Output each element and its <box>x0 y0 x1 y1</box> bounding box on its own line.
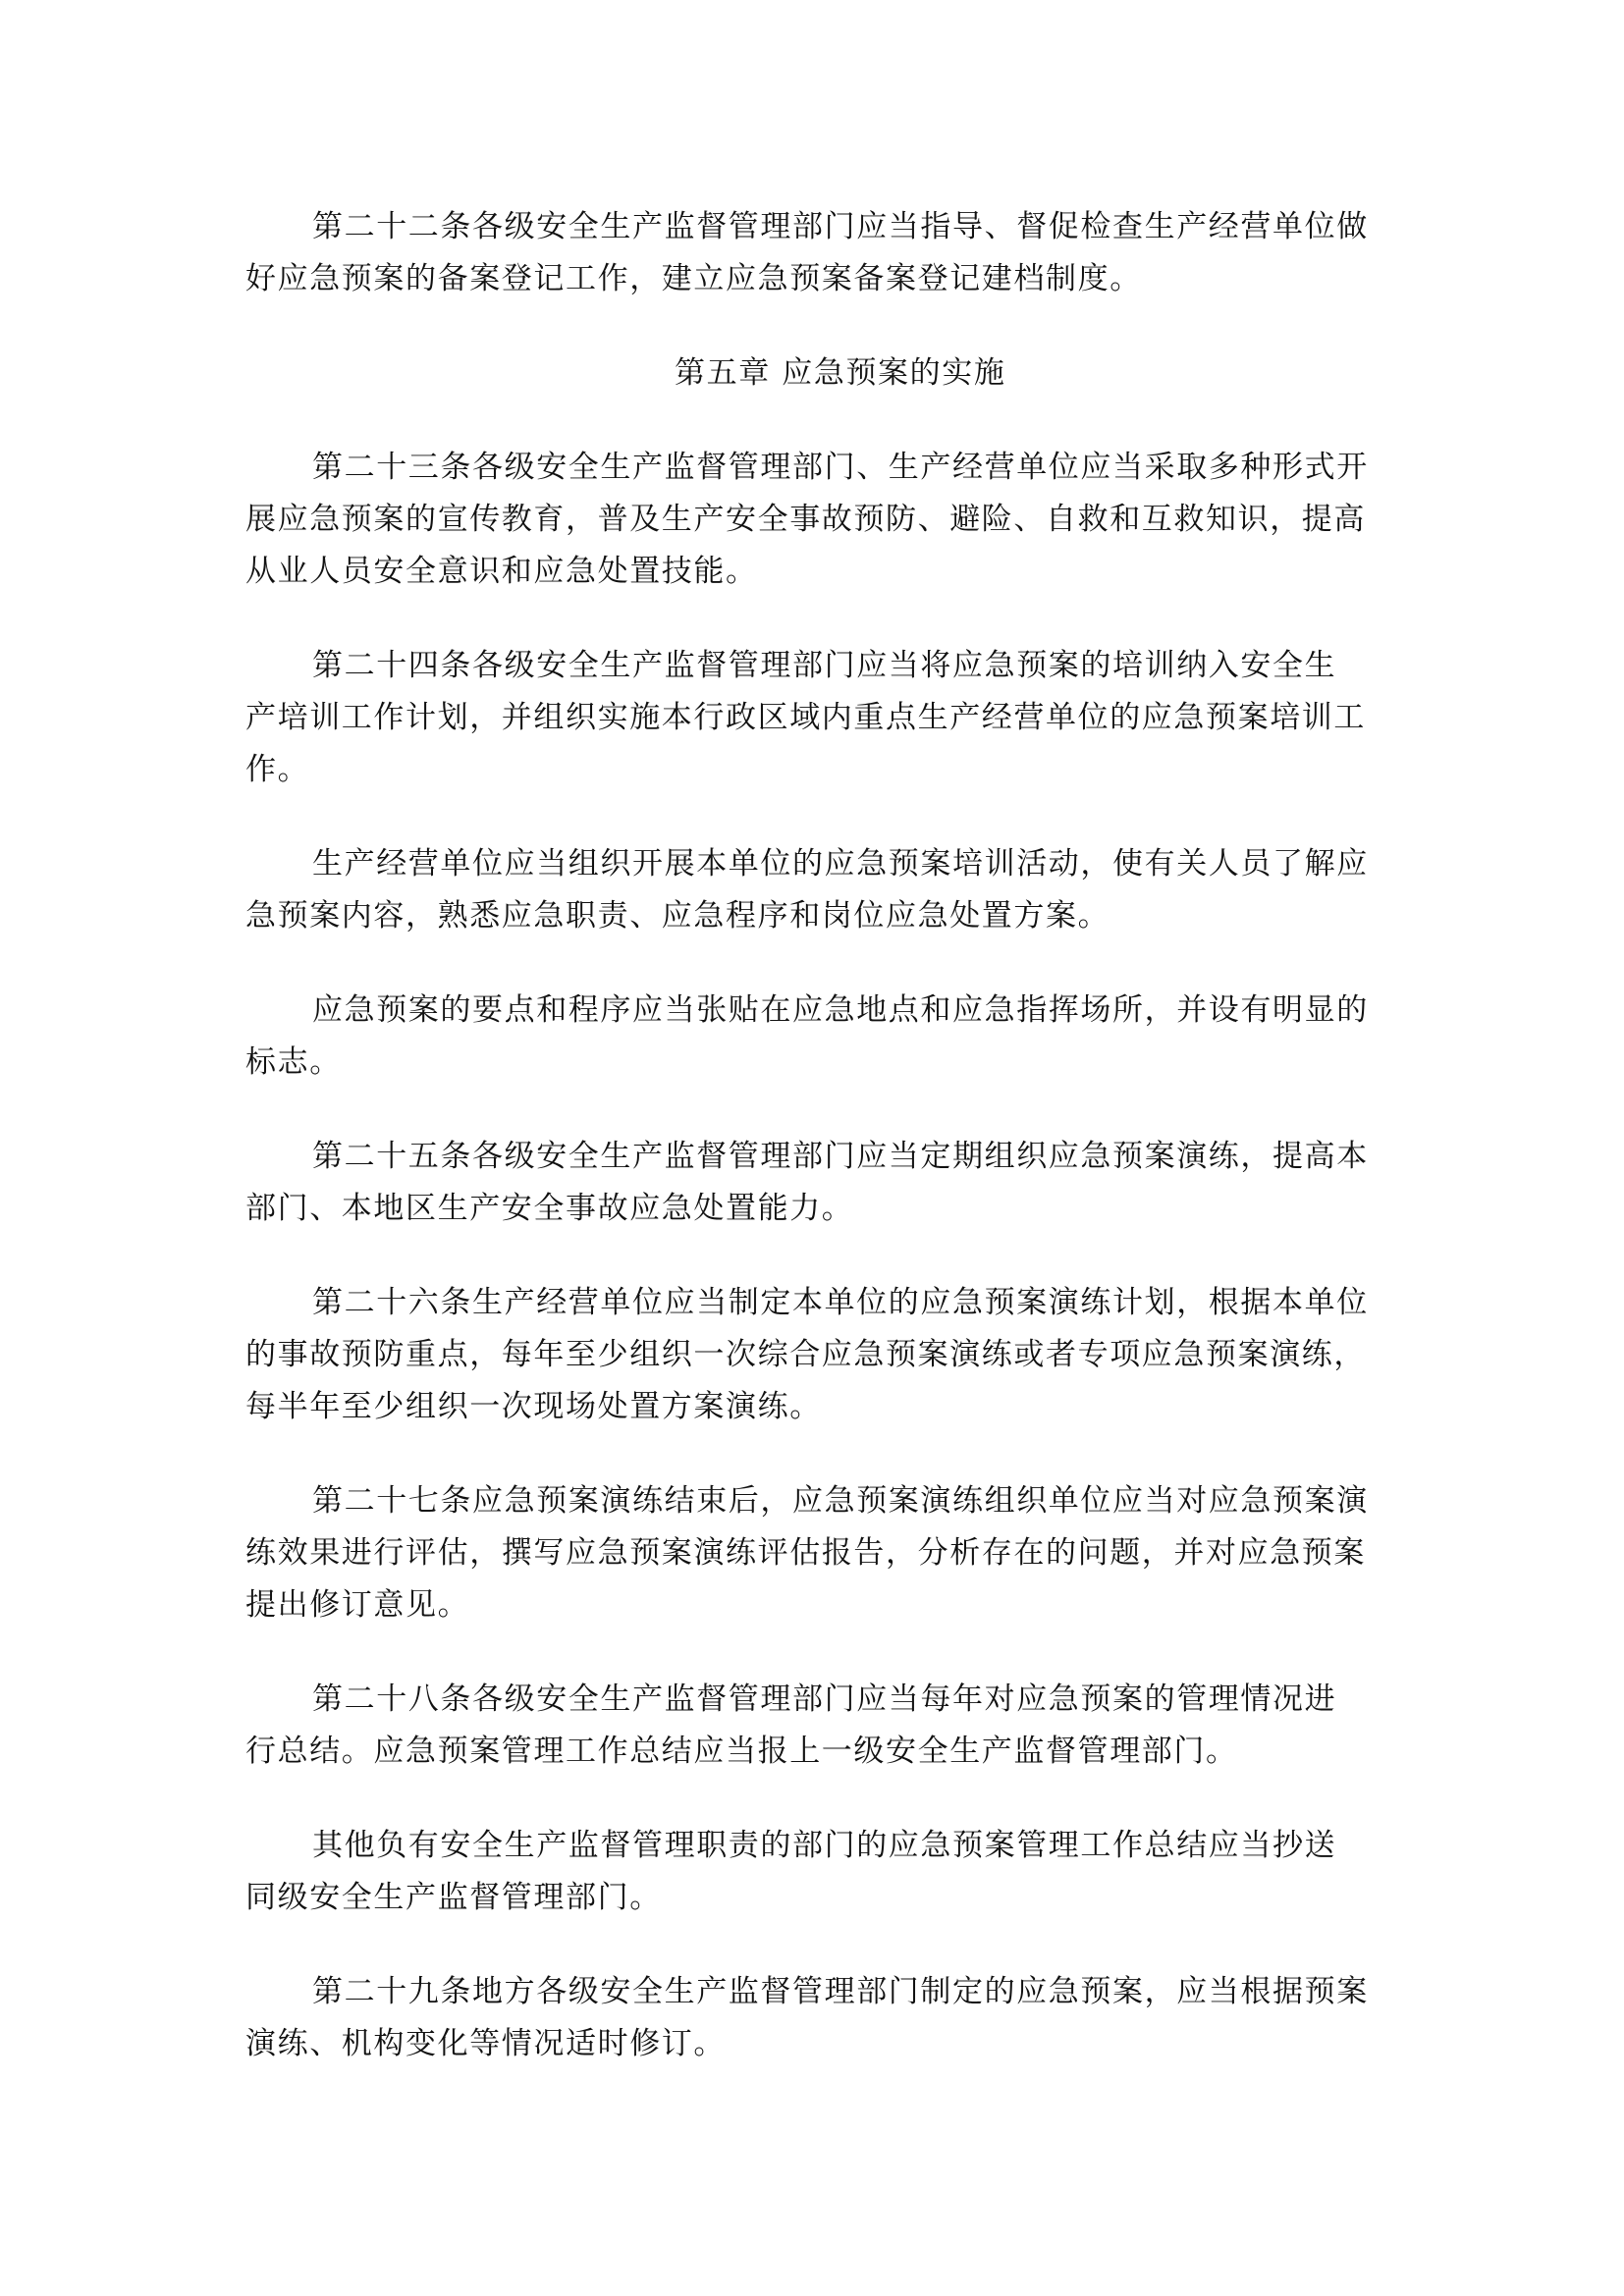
paragraph-line: 第二十九条地方各级安全生产监督管理部门制定的应急预案，应当根据预案 <box>245 1966 1384 2018</box>
paragraph-line: 第二十八条各级安全生产监督管理部门应当每年对应急预案的管理情况进 <box>245 1674 1384 1726</box>
paragraph-line: 部门、本地区生产安全事故应急处置能力。 <box>245 1183 1384 1235</box>
paragraph-line: 好应急预案的备案登记工作，建立应急预案备案登记建档制度。 <box>245 253 1384 305</box>
paragraph-line: 第二十五条各级安全生产监督管理部门应当定期组织应急预案演练，提高本 <box>245 1131 1384 1183</box>
paragraph-line: 第二十三条各级安全生产监督管理部门、生产经营单位应当采取多种形式开 <box>245 442 1384 494</box>
paragraph-line: 第二十六条生产经营单位应当制定本单位的应急预案演练计划，根据本单位 <box>245 1277 1384 1329</box>
paragraph-line: 第二十七条应急预案演练结束后，应急预案演练组织单位应当对应急预案演 <box>245 1475 1384 1527</box>
paragraph-line: 作。 <box>245 744 1384 796</box>
article-27: 第二十七条应急预案演练结束后，应急预案演练组织单位应当对应急预案演 练效果进行评… <box>245 1475 1384 1631</box>
paragraph-line: 每半年至少组织一次现场处置方案演练。 <box>245 1381 1384 1433</box>
paragraph-line: 生产经营单位应当组织开展本单位的应急预案培训活动，使有关人员了解应 <box>245 838 1384 890</box>
paragraph-line: 第二十二条各级安全生产监督管理部门应当指导、督促检查生产经营单位做 <box>245 201 1384 253</box>
paragraph-line: 标志。 <box>245 1037 1384 1089</box>
paragraph-line: 产培训工作计划，并组织实施本行政区域内重点生产经营单位的应急预案培训工 <box>245 692 1384 744</box>
paragraph-line: 从业人员安全意识和应急处置技能。 <box>245 546 1384 598</box>
article-24: 第二十四条各级安全生产监督管理部门应当将应急预案的培训纳入安全生 产培训工作计划… <box>245 640 1384 796</box>
chapter-heading: 第五章 应急预案的实施 <box>245 347 1384 400</box>
article-24-paragraph-2: 生产经营单位应当组织开展本单位的应急预案培训活动，使有关人员了解应 急预案内容，… <box>245 838 1384 942</box>
article-29: 第二十九条地方各级安全生产监督管理部门制定的应急预案，应当根据预案 演练、机构变… <box>245 1966 1384 2070</box>
article-25: 第二十五条各级安全生产监督管理部门应当定期组织应急预案演练，提高本 部门、本地区… <box>245 1131 1384 1235</box>
paragraph-line: 提出修订意见。 <box>245 1579 1384 1631</box>
article-28: 第二十八条各级安全生产监督管理部门应当每年对应急预案的管理情况进 行总结。应急预… <box>245 1674 1384 1778</box>
paragraph-line: 展应急预案的宣传教育，普及生产安全事故预防、避险、自救和互救知识，提高 <box>245 494 1384 546</box>
paragraph-line: 练效果进行评估，撰写应急预案演练评估报告，分析存在的问题，并对应急预案 <box>245 1527 1384 1579</box>
paragraph-line: 第二十四条各级安全生产监督管理部门应当将应急预案的培训纳入安全生 <box>245 640 1384 692</box>
paragraph-line: 其他负有安全生产监督管理职责的部门的应急预案管理工作总结应当抄送 <box>245 1820 1384 1872</box>
article-23: 第二十三条各级安全生产监督管理部门、生产经营单位应当采取多种形式开 展应急预案的… <box>245 442 1384 598</box>
article-26: 第二十六条生产经营单位应当制定本单位的应急预案演练计划，根据本单位 的事故预防重… <box>245 1277 1384 1433</box>
article-22: 第二十二条各级安全生产监督管理部门应当指导、督促检查生产经营单位做 好应急预案的… <box>245 201 1384 305</box>
paragraph-line: 行总结。应急预案管理工作总结应当报上一级安全生产监督管理部门。 <box>245 1726 1384 1778</box>
article-28-paragraph-2: 其他负有安全生产监督管理职责的部门的应急预案管理工作总结应当抄送 同级安全生产监… <box>245 1820 1384 1924</box>
paragraph-line: 演练、机构变化等情况适时修订。 <box>245 2018 1384 2070</box>
article-24-paragraph-3: 应急预案的要点和程序应当张贴在应急地点和应急指挥场所，并设有明显的 标志。 <box>245 985 1384 1089</box>
paragraph-line: 的事故预防重点，每年至少组织一次综合应急预案演练或者专项应急预案演练， <box>245 1329 1384 1381</box>
document-page: 第二十二条各级安全生产监督管理部门应当指导、督促检查生产经营单位做 好应急预案的… <box>245 201 1384 2112</box>
paragraph-line: 应急预案的要点和程序应当张贴在应急地点和应急指挥场所，并设有明显的 <box>245 985 1384 1037</box>
paragraph-line: 急预案内容，熟悉应急职责、应急程序和岗位应急处置方案。 <box>245 890 1384 942</box>
paragraph-line: 同级安全生产监督管理部门。 <box>245 1872 1384 1924</box>
